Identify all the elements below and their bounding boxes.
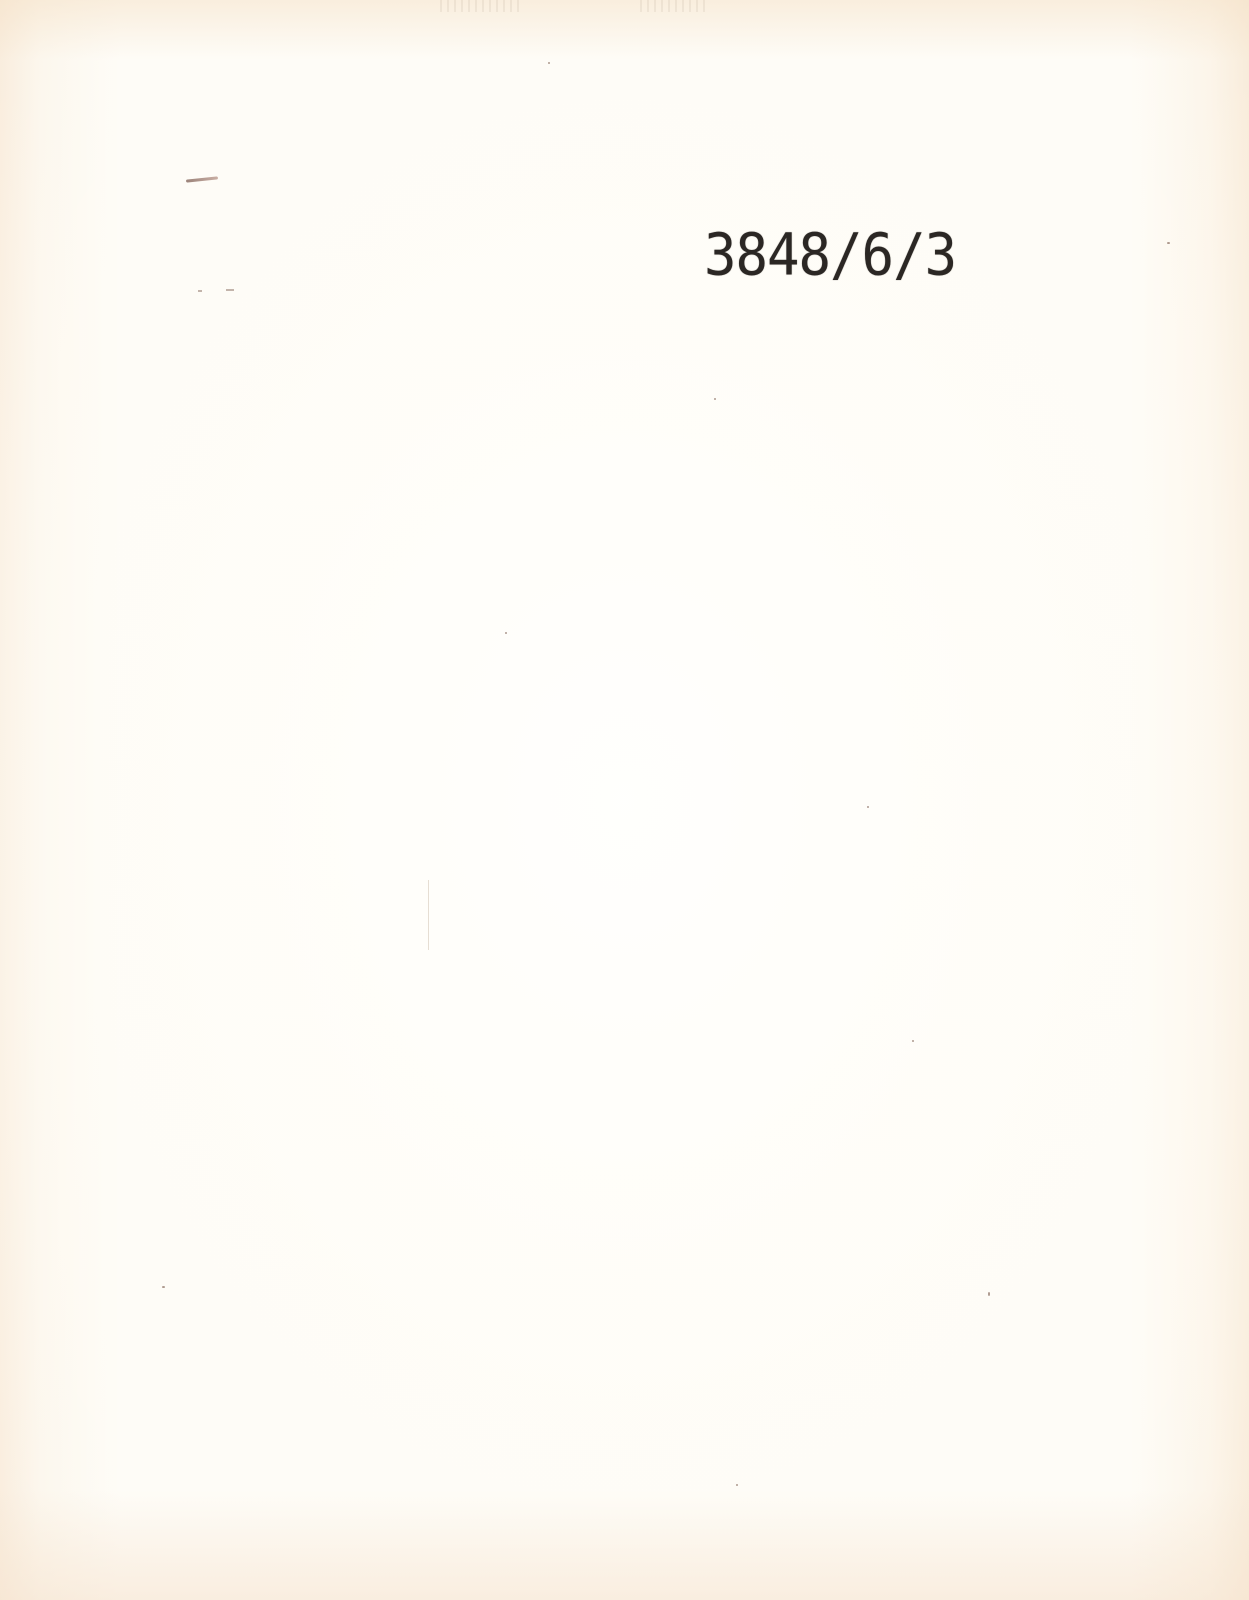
scan-noise — [440, 0, 520, 12]
scan-noise — [640, 0, 710, 12]
pencil-mark — [198, 290, 202, 292]
reference-number: 3848/6/3 — [704, 226, 956, 284]
paper-speck — [912, 1040, 914, 1042]
paper-speck — [988, 1292, 990, 1296]
paper-speck — [162, 1286, 165, 1288]
pencil-mark — [186, 176, 218, 182]
paper-speck — [867, 806, 869, 808]
scanned-page: 3848/6/3 — [0, 0, 1249, 1600]
paper-speck — [1167, 242, 1170, 244]
paper-edge-bottom — [0, 1490, 1249, 1600]
paper-speck — [548, 62, 550, 64]
paper-crease — [428, 880, 429, 950]
pencil-mark — [226, 289, 234, 291]
paper-speck — [714, 398, 716, 400]
paper-speck — [736, 1484, 738, 1486]
paper-edge-top — [0, 0, 1249, 60]
paper-speck — [505, 632, 507, 634]
